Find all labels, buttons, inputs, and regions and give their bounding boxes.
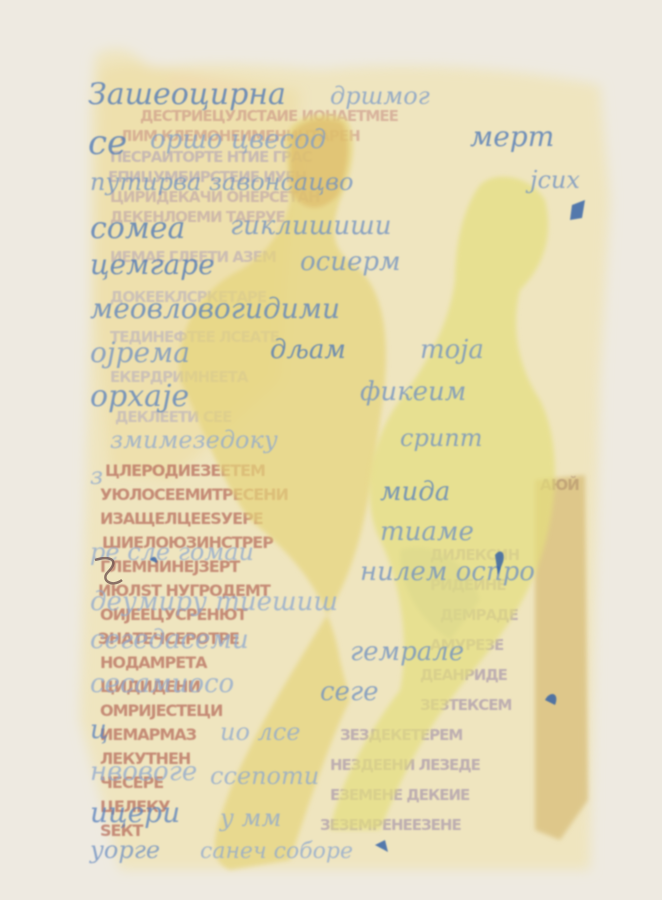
svg-text:ицери: ицери (90, 796, 180, 829)
svg-text:ојрема: ојрема (90, 336, 190, 369)
svg-text:орхаје: орхаје (90, 379, 189, 414)
svg-text:осиерм: осиерм (300, 247, 401, 277)
svg-text:ОМРИЈЕСТЕЦИ: ОМРИЈЕСТЕЦИ (100, 701, 222, 720)
svg-text:деумиру тиешиш: деумиру тиешиш (90, 587, 338, 617)
svg-text:з: з (90, 462, 103, 490)
svg-text:цемгаре: цемгаре (90, 248, 215, 281)
svg-text:ссепоти: ссепоти (210, 762, 319, 790)
svg-text:у мм: у мм (219, 804, 281, 832)
svg-text:сеге: сеге (320, 677, 378, 707)
svg-text:путирва завонсацво: путирва завонсацво (90, 168, 353, 196)
svg-text:ц: ц (90, 715, 108, 745)
svg-text:гемрале: гемрале (350, 637, 464, 667)
svg-text:сегедасеми: сегедасеми (90, 625, 249, 655)
svg-text:дљам: дљам (270, 335, 346, 365)
svg-text:јсих: јсих (525, 166, 580, 194)
svg-text:нилем оспро: нилем оспро (360, 557, 535, 587)
svg-text:меовловогидими: меовловогидими (90, 292, 340, 325)
svg-text:ИЕМАРМАЗ: ИЕМАРМАЗ (100, 725, 197, 744)
svg-text:сомеа: сомеа (90, 211, 185, 246)
svg-text:срипт: срипт (400, 424, 482, 452)
svg-text:фикеим: фикеим (360, 377, 466, 407)
svg-text:Зашеоцирна: Зашеоцирна (88, 77, 286, 112)
svg-text:тиаме: тиаме (380, 517, 474, 547)
svg-text:змимезедоку: змимезедоку (110, 426, 278, 454)
svg-text:мида: мида (380, 477, 450, 507)
svg-text:оршо цвесод: оршо цвесод (150, 125, 326, 155)
watercolor-artwork: ДЕСТРИЕЦУЛСТАИЕ ИОНАЕТМЕЕ ЛИМ КЛЕМОНЕИМЕ… (0, 0, 662, 900)
svg-text:сесамиосо: сесамиосо (90, 669, 234, 699)
svg-text:се: се (88, 123, 127, 163)
svg-text:гиклишиши: гиклишиши (230, 211, 391, 241)
svg-text:дршмог: дршмог (330, 82, 430, 110)
svg-text:мерт: мерт (470, 120, 554, 153)
svg-text:ио лсе: ио лсе (220, 718, 300, 746)
svg-text:уорге: уорге (89, 836, 160, 864)
svg-text:санеч соборе: санеч соборе (200, 839, 353, 864)
svg-text:нвовоге: нвовоге (90, 757, 197, 787)
svg-text:ИЗАЩЕЛЦЕЕЅУЕРЕ: ИЗАЩЕЛЦЕЕЅУЕРЕ (100, 509, 263, 528)
svg-text:ре сле гомаи: ре сле гомаи (90, 538, 254, 566)
svg-text:тоја: тоја (420, 335, 484, 365)
